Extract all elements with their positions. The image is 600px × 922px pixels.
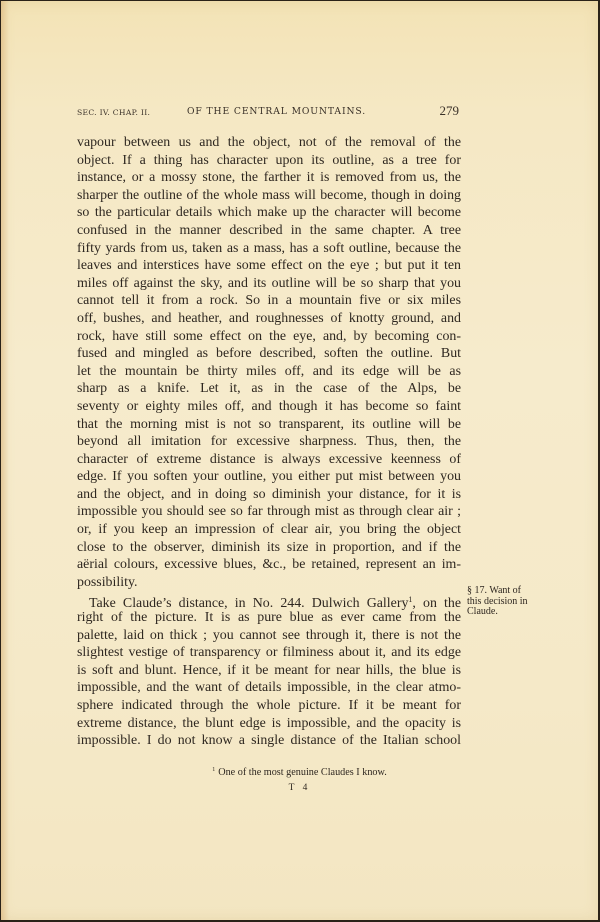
text-line: confused in the manner described in the … <box>77 222 461 240</box>
text-line: let the mountain be thirty miles off, an… <box>77 363 461 381</box>
text-line: close to the observer, diminish its size… <box>77 539 461 557</box>
footnote-text: One of the most genuine Claudes I know. <box>218 767 387 778</box>
text-line: extreme distance, the blunt edge is impo… <box>77 715 461 733</box>
text-line: miles off against the sky, and its outli… <box>77 275 461 293</box>
marginal-note-line: § 17. Want of <box>467 586 577 597</box>
marginal-note: § 17. Want of this decision in Claude. <box>467 586 577 618</box>
text-line: vapour between us and the object, not of… <box>77 134 461 152</box>
text-line: object. If a thing has character upon it… <box>77 152 461 170</box>
running-head-section: SEC. IV. CHAP. II. <box>77 108 150 117</box>
body-text: vapour between us and the object, not of… <box>77 134 461 750</box>
text-line: slightest vestige of transparency or fil… <box>77 644 461 662</box>
running-head-title: OF THE CENTRAL MOUNTAINS. <box>187 106 366 117</box>
marginal-note-line: Claude. <box>467 607 577 618</box>
text-line: that the morning mist is not so transpar… <box>77 416 461 434</box>
text-line: leaves and interstices have some effect … <box>77 257 461 275</box>
text-line: cannot tell it from a rock. So in a moun… <box>77 292 461 310</box>
text-line: impossible, and the want of details impo… <box>77 679 461 697</box>
text-line: possibility. <box>77 574 461 592</box>
text-line-paragraph-start: Take Claude’s distance, in No. 244. Dulw… <box>77 591 461 609</box>
text-line: sphere indicated through the whole pictu… <box>77 697 461 715</box>
book-page: SEC. IV. CHAP. II. OF THE CENTRAL MOUNTA… <box>1 1 598 920</box>
text-line: beyond all imitation for excessive sharp… <box>77 433 461 451</box>
text-line: palette, laid on thick ; you cannot see … <box>77 627 461 645</box>
text-line: sharper the outline of the whole mass wi… <box>77 187 461 205</box>
footnote-marker: 1 <box>212 767 215 773</box>
printer-signature-mark: T 4 <box>1 783 598 793</box>
text-line: character of extreme distance is always … <box>77 451 461 469</box>
text-line: impossible. I do not know a single dista… <box>77 732 461 750</box>
running-head: SEC. IV. CHAP. II. OF THE CENTRAL MOUNTA… <box>77 102 463 122</box>
text-line: is soft and blunt. Hence, if it be meant… <box>77 662 461 680</box>
text-line: right of the picture. It is as pure blue… <box>77 609 461 627</box>
text-line: seventy or eighty miles off, and though … <box>77 398 461 416</box>
text-line: edge. If you soften your outline, you ei… <box>77 468 461 486</box>
text-line: instance, or a mossy stone, the farther … <box>77 169 461 187</box>
footnote: 1One of the most genuine Claudes I know. <box>1 767 598 778</box>
text-line: aërial colours, excessive blues, &c., be… <box>77 556 461 574</box>
text-line: and the object, and in doing so diminish… <box>77 486 461 504</box>
text-line: sharp as a knife. Let it, as in the case… <box>77 380 461 398</box>
text-line: fifty yards from us, taken as a mass, ha… <box>77 240 461 258</box>
text-line: fused and mingled as before described, s… <box>77 345 461 363</box>
page-number: 279 <box>440 103 460 119</box>
text-line: rock, have still some effect on the eye,… <box>77 328 461 346</box>
text-line: so the particular details which make up … <box>77 204 461 222</box>
text-line: off, bushes, and heather, and roughnesse… <box>77 310 461 328</box>
text-line: or, if you keep an impression of clear a… <box>77 521 461 539</box>
text-line: impossible you should see so far through… <box>77 503 461 521</box>
